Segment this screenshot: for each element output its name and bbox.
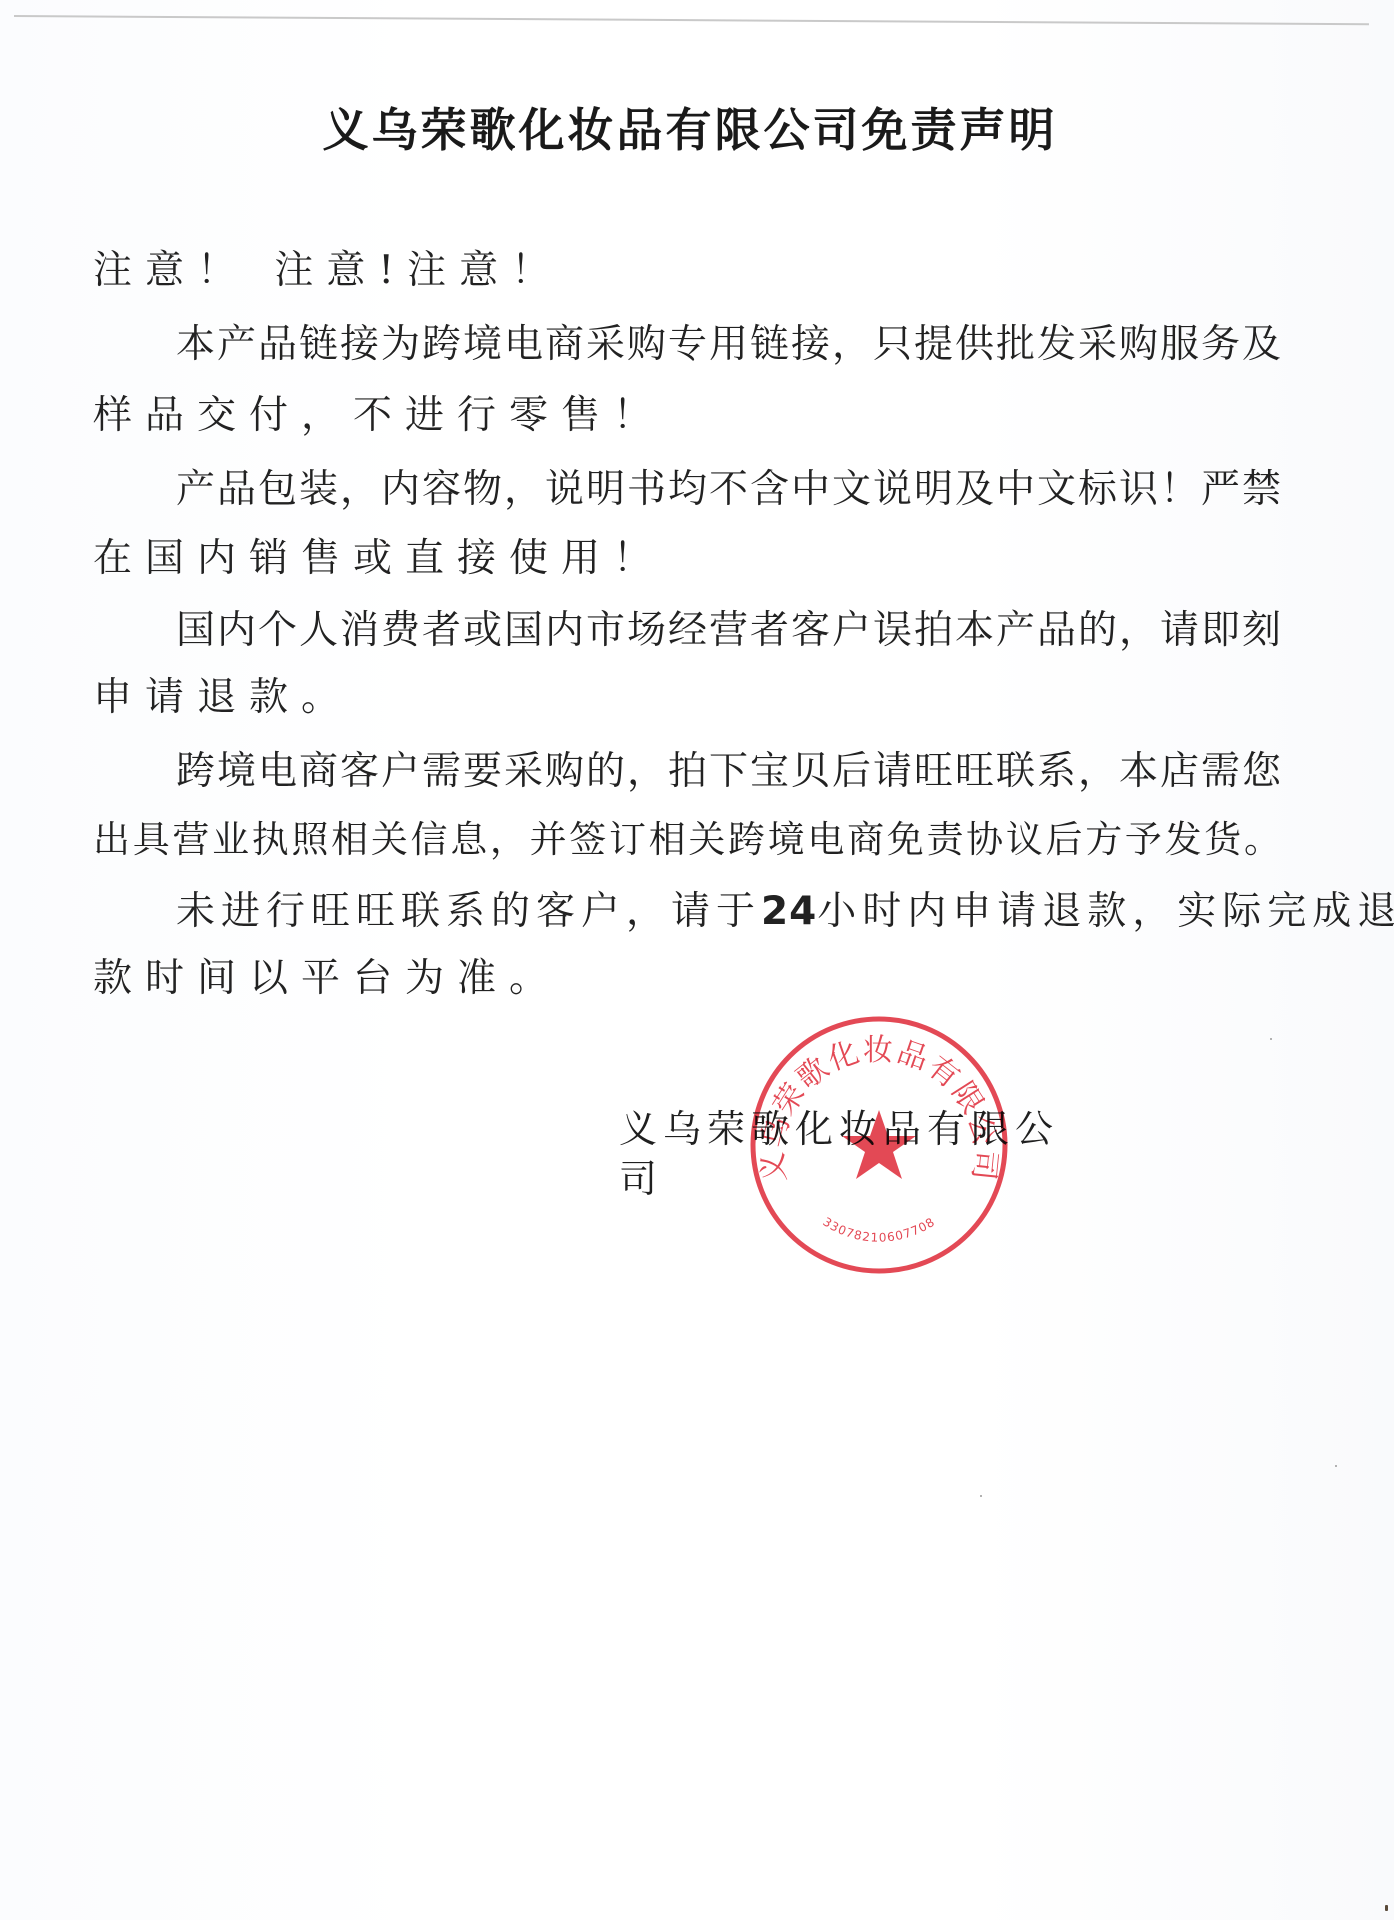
paragraph-5-text-b: 小时内申请退款，实际完成退 [817, 885, 1394, 939]
notice-line: 注意！ 注意!注意！ [93, 244, 563, 298]
paragraph-2-line-1: 产品包装，内容物，说明书均不含中文说明及中文标识！严禁 [176, 463, 1281, 517]
scan-edge-line [14, 15, 1369, 25]
paragraph-2-line-2: 在国内销售或直接使用！ [93, 532, 665, 586]
paragraph-4-line-1: 跨境电商客户需要采购的，拍下宝贝后请旺旺联系，本店需您 [176, 745, 1281, 799]
company-signature: 义乌荣歌化妆品有限公司 [619, 1104, 1069, 1154]
paragraph-3-line-2: 申请退款。 [93, 671, 353, 725]
scan-speck [1385, 1905, 1388, 1911]
paragraph-1-line-2: 样品交付，不进行零售！ [93, 389, 665, 443]
paragraph-5-line-1: 未进行旺旺联系的客户，请于 24 小时内申请退款，实际完成退 [176, 885, 1281, 939]
scan-speck [1270, 1038, 1272, 1040]
paragraph-5-line-2: 款时间以平台为准。 [93, 952, 561, 1006]
paragraph-5-text-a: 未进行旺旺联系的客户，请于 [176, 885, 761, 939]
refund-hours-value: 24 [761, 885, 817, 939]
document-title: 义乌荣歌化妆品有限公司免责声明 [300, 100, 1080, 160]
paragraph-1-line-1: 本产品链接为跨境电商采购专用链接，只提供批发采购服务及 [176, 318, 1281, 372]
seal-code-text: 33078210607708 [820, 1215, 937, 1245]
scan-speck [980, 1495, 982, 1497]
paragraph-3-line-1: 国内个人消费者或国内市场经营者客户误拍本产品的，请即刻 [176, 604, 1281, 658]
scan-speck [1335, 1465, 1337, 1467]
document-page: 义乌荣歌化妆品有限公司免责声明 注意！ 注意!注意！ 本产品链接为跨境电商采购专… [0, 0, 1394, 1920]
paragraph-4-line-2: 出具营业执照相关信息，并签订相关跨境电商免责协议后方予发货。 [93, 813, 1281, 867]
